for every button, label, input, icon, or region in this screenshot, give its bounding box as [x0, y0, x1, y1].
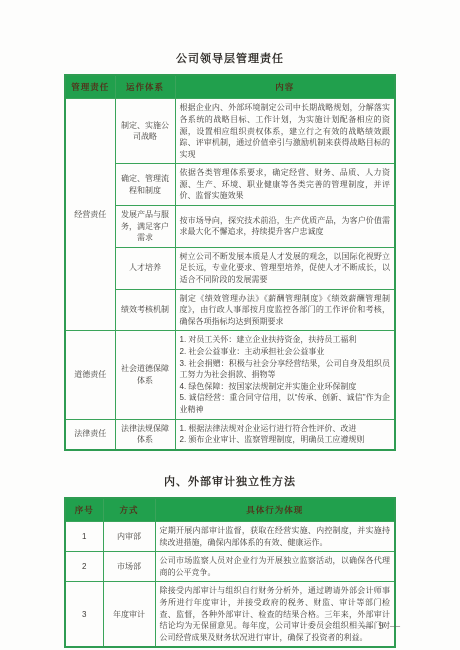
- page-number: — 9 —: [362, 621, 402, 632]
- table-row: 法律责任 法律法规保障体系 1. 根据法律法规对企业运行进行符合性评价、改进 2…: [65, 419, 395, 450]
- table1-header-row: 管理责任 运作体系 内容: [65, 75, 395, 99]
- no-cell: 2: [65, 552, 103, 582]
- table-row: 道德责任 社会道德保障体系 1. 对员工关怀：建立企业扶持资金，扶持员工福利 2…: [65, 331, 395, 419]
- table1-header-content: 内容: [175, 75, 395, 99]
- responsibility-cell: 法律责任: [65, 419, 115, 450]
- content-cell: 树立公司不断发展本质是人才发展的观念，以国际化视野立足长远，专业化要求、管理型培…: [175, 247, 395, 289]
- table-row: 确定、管理流程和制度 依据各类管理体系要求，确定经营、财务、品质、人力资源、生产…: [65, 164, 395, 206]
- table2-title: 内、外部审计独立性方法: [64, 473, 396, 489]
- document-page: 公司领导层管理责任 管理责任 运作体系 内容 经营责任 制定、实施公司战略 根据…: [0, 0, 460, 650]
- content-cell: 制定《绩效管理办法》《薪酬管理制度》《绩效薪酬管理制度》，由行政人事部按月度监控…: [175, 289, 395, 331]
- system-cell: 确定、管理流程和制度: [115, 164, 175, 206]
- table-row: 绩效考核机制 制定《绩效管理办法》《薪酬管理制度》《绩效薪酬管理制度》，由行政人…: [65, 289, 395, 331]
- table2-header-behavior: 具体行为体现: [155, 498, 395, 522]
- table2-header-row: 序号 方式 具体行为体现: [65, 498, 395, 522]
- table-row: 人才培养 树立公司不断发展本质是人才发展的观念，以国际化视野立足长远，专业化要求…: [65, 247, 395, 289]
- responsibility-cell: 道德责任: [65, 331, 115, 419]
- system-cell: 人才培养: [115, 247, 175, 289]
- table1-title: 公司领导层管理责任: [64, 50, 396, 66]
- table-row: 2 市场部 公司市场监察人员对企业行为开展独立监察活动，以确保各代理商的公平竞争…: [65, 552, 395, 582]
- system-cell: 社会道德保障体系: [115, 331, 175, 419]
- method-cell: 年度审计: [103, 582, 155, 647]
- content-cell: 1. 对员工关怀：建立企业扶持资金，扶持员工福利 2. 社会公益事业：主动承担社…: [175, 331, 395, 419]
- method-cell: 市场部: [103, 552, 155, 582]
- content-cell: 依据各类管理体系要求，确定经营、财务、品质、人力资源、生产、环境、职业健康等各类…: [175, 164, 395, 206]
- content-cell: 根据企业内、外部环境制定公司中长期战略规划，分解落实各系统的战略目标、工作计划，…: [175, 99, 395, 164]
- content-cell: 除接受内部审计与组织自行财务分析外，通过聘请外部会计师事务所进行年度审计，并接受…: [155, 582, 395, 647]
- management-responsibility-table: 管理责任 运作体系 内容 经营责任 制定、实施公司战略 根据企业内、外部环境制定…: [64, 74, 396, 451]
- page-content: 公司领导层管理责任 管理责任 运作体系 内容 经营责任 制定、实施公司战略 根据…: [0, 0, 460, 648]
- responsibility-cell: 经营责任: [65, 99, 115, 331]
- system-cell: 绩效考核机制: [115, 289, 175, 331]
- system-cell: 制定、实施公司战略: [115, 99, 175, 164]
- method-cell: 内审部: [103, 522, 155, 552]
- table-row: 3 年度审计 除接受内部审计与组织自行财务分析外，通过聘请外部会计师事务所进行年…: [65, 582, 395, 647]
- no-cell: 3: [65, 582, 103, 647]
- table-row: 1 内审部 定期开展内部审计监督，获取在经营实施、内控制度，并实施持续改进措施，…: [65, 522, 395, 552]
- table2-header-no: 序号: [65, 498, 103, 522]
- table1-header-responsibility: 管理责任: [65, 75, 115, 99]
- audit-independence-table: 序号 方式 具体行为体现 1 内审部 定期开展内部审计监督，获取在经营实施、内控…: [64, 497, 396, 649]
- system-cell: 法律法规保障体系: [115, 419, 175, 450]
- system-cell: 发展产品与服务，满足客户需求: [115, 206, 175, 248]
- table2-header-method: 方式: [103, 498, 155, 522]
- table1-header-system: 运作体系: [115, 75, 175, 99]
- table-row: 发展产品与服务，满足客户需求 按市场导向，探究技术前沿，生产优质产品，为客户价值…: [65, 206, 395, 248]
- content-cell: 定期开展内部审计监督，获取在经营实施、内控制度，并实施持续改进措施，确保内部体系…: [155, 522, 395, 552]
- content-cell: 公司市场监察人员对企业行为开展独立监察活动，以确保各代理商的公平竞争。: [155, 552, 395, 582]
- content-cell: 按市场导向，探究技术前沿，生产优质产品，为客户价值需求最大化不懈追求，持续提升客…: [175, 206, 395, 248]
- content-cell: 1. 根据法律法规对企业运行进行符合性评价、改进 2. 颁布企业审计、监察管理制…: [175, 419, 395, 450]
- table-row: 经营责任 制定、实施公司战略 根据企业内、外部环境制定公司中长期战略规划，分解落…: [65, 99, 395, 164]
- no-cell: 1: [65, 522, 103, 552]
